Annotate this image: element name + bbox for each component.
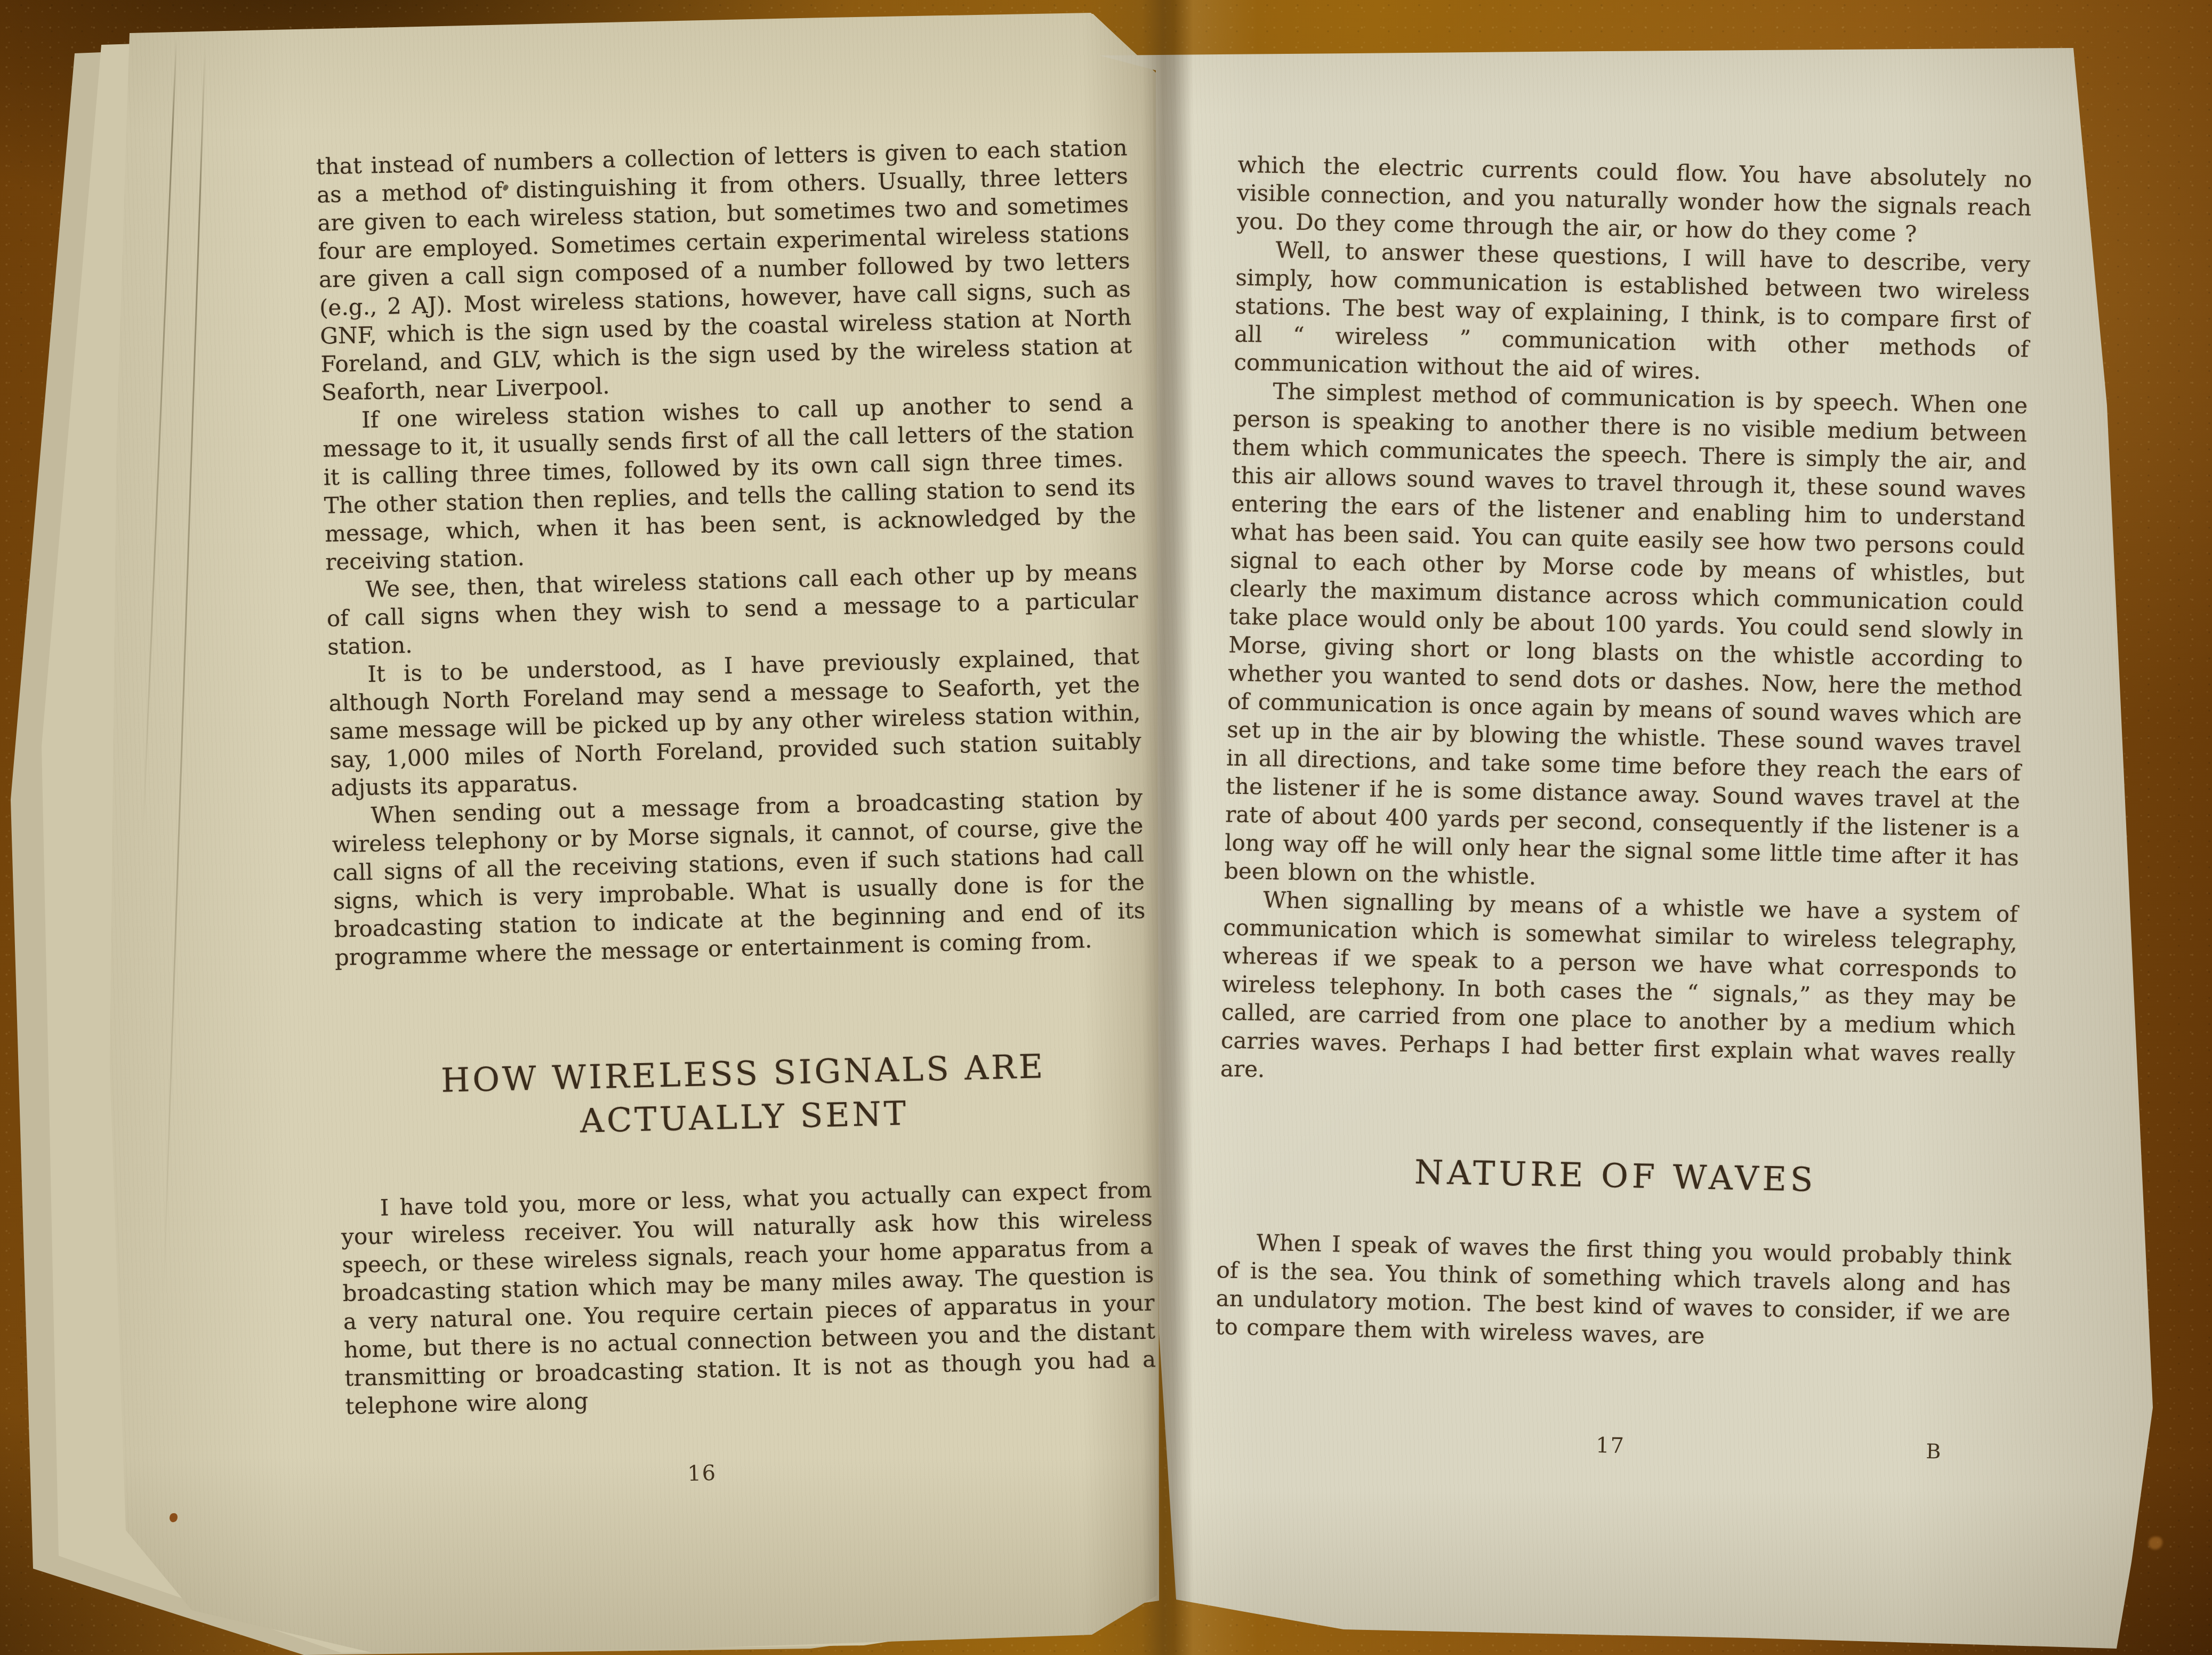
paragraph: It is to be understood, as I have previo…	[328, 642, 1143, 802]
paragraph: which the electric currents could flow. …	[1236, 150, 2032, 251]
section-heading: NATURE OF WAVES	[1218, 1146, 2013, 1206]
page-number: 16	[687, 1461, 717, 1486]
page-number: 17	[1596, 1433, 1626, 1458]
right-page-text-column: which the electric currents could flow. …	[1213, 150, 2032, 1466]
paragraph: The simplest method of communication is …	[1224, 376, 2028, 900]
paragraph: When I speak of waves the first thing yo…	[1215, 1227, 2012, 1356]
signature-mark: B	[1926, 1440, 1941, 1464]
paragraph: Well, to answer these questions, I will …	[1234, 235, 2031, 392]
paragraph: that instead of numbers a collection of …	[316, 133, 1133, 407]
paragraph: When signalling by means of a whistle we…	[1220, 885, 2018, 1098]
stain-spot	[2149, 1537, 2162, 1549]
section-heading: HOW WIRELESS SIGNALS ARE ACTUALLY SENT	[337, 1042, 1150, 1149]
paragraph: When sending out a message from a broadc…	[331, 783, 1146, 972]
paragraph: If one wireless station wishes to call u…	[321, 388, 1137, 576]
photo-of-open-book: that instead of numbers a collection of …	[0, 0, 2212, 1655]
paragraph: I have told you, more or less, what you …	[340, 1176, 1157, 1421]
left-page-text-column: that instead of numbers a collection of …	[316, 133, 1159, 1494]
